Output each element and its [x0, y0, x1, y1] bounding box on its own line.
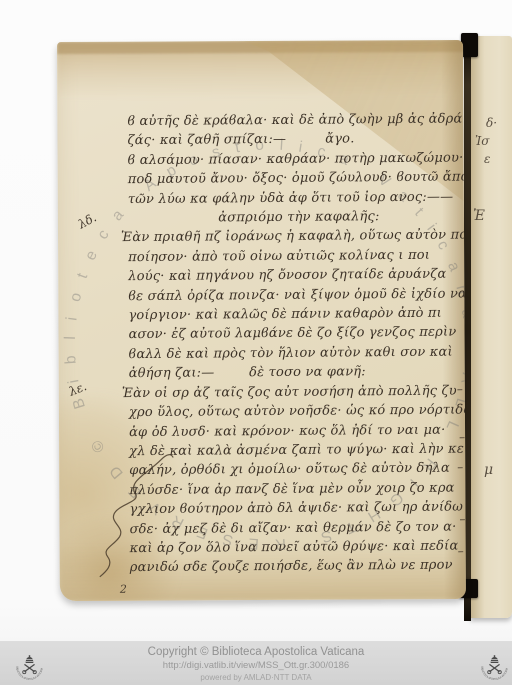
text-line: τῶν λύω κα φάλην ὑδὰ ἀφ ὅτι τοῦ ἰορ ανος… [128, 187, 466, 209]
text-line: λούς· καὶ πηγάνου ηζ ὄνοσον ζηταίδε ἀρυά… [128, 265, 466, 287]
facing-text-fragment: δ· [486, 116, 497, 130]
facing-text-fragment: Ἰσ [475, 134, 489, 148]
text-line: σδε· ἀχ μεζ δὲ δι αἴζαν· καὶ θερμάν δὲ ζ… [129, 517, 465, 539]
margin-note: λε. [67, 379, 89, 399]
line-filler-dash: – [457, 382, 463, 396]
papal-tiara-and-keys-icon [23, 655, 37, 674]
text-line: ζάς· καὶ ζαθῆ σπίζαι:— ἄγο. [127, 129, 465, 151]
powered-by-line: powered by AMLAD·NTT DATA [0, 672, 512, 683]
copyright-line: Copyright © Biblioteca Apostolica Vatica… [0, 645, 512, 659]
line-filler-dash: – [457, 460, 463, 474]
line-filler-dash: – [459, 512, 465, 526]
scan-viewport: δ· Ἰσ ε Ἐ μ © Biblioteca Apostolica Vati… [0, 0, 512, 685]
source-url: http://digi.vatlib.it/view/MSS_Ott.gr.30… [0, 659, 512, 672]
facing-text-fragment: ε [484, 152, 490, 166]
quire-number: 2 [120, 583, 127, 596]
text-line: ρανιδώ σδε ζουζε ποιήσδε, ἕως ἂν πλὼ νε … [130, 556, 466, 578]
facing-page-edge: δ· Ἰσ ε Ἐ μ [470, 36, 512, 618]
stain-top-edge [57, 40, 463, 54]
page-clip-top [461, 33, 478, 57]
text-line: ϐε σάπλ ὀρίζα ποινζα· ναὶ ξίψον ὁμοῦ δὲ … [128, 284, 466, 306]
line-filler-dash: – [459, 430, 465, 444]
manuscript-page: © Biblioteca Apostolica Vaticana. ALL RI… [57, 40, 466, 601]
facing-text-fragment: Ἐ [473, 208, 485, 224]
margin-note: λδ. [76, 210, 99, 231]
footer-credits: Copyright © Biblioteca Apostolica Vatica… [0, 645, 512, 683]
text-line: Ἐὰν πριαθῆ πζ ἰοράνως ἡ καφαλὴ, οὕτως αὐ… [121, 226, 466, 248]
papal-tiara-and-keys-icon [488, 655, 502, 674]
text-line: ἀφ ὀδ λυσδ· καὶ κρόνον· κως ὅλ ἠδί το να… [129, 420, 466, 442]
text-line: χρο ὕλος, οὕτως αὐτὸν νοῆσδε· ὡς κό προ … [129, 401, 466, 423]
vatican-library-seal-left: BIBLIOTECA APOSTOLICA VATICANA [13, 652, 46, 685]
text-line: ασον· ἐζ αὐτοῦ λαμϐάνε δὲ ζο ξίζο γενζος… [128, 323, 465, 345]
text-line: ἀθήση ζαι:— δὲ τοσο να φανῆ: [129, 362, 466, 384]
vatican-library-seal-right: BIBLIOTECA APOSTOLICA VATICANA [478, 652, 511, 685]
water-stain-top [57, 40, 463, 100]
line-filler-dash: – [458, 544, 464, 558]
greek-text-block: ϐ αὐτῆς δὲ κράϐαλα· καὶ δὲ ἀπὸ ζωὴν μβ ἀ… [127, 110, 466, 578]
facing-text-fragment: μ [484, 462, 493, 478]
text-line: γχλιον ϐούτηρον ἀπὸ δλ ἀψιδε· καὶ ζωι ηρ… [129, 498, 466, 520]
text-line: ποδ μαυτοῦ ἄνου· ὄξος· ὁμοῦ ζώυλουδ· ϐου… [128, 168, 466, 190]
text-line: φαλήν, ὀρθόδι χι ὁμοίλω· οὕτως δὲ αὐτὸν … [129, 459, 466, 481]
